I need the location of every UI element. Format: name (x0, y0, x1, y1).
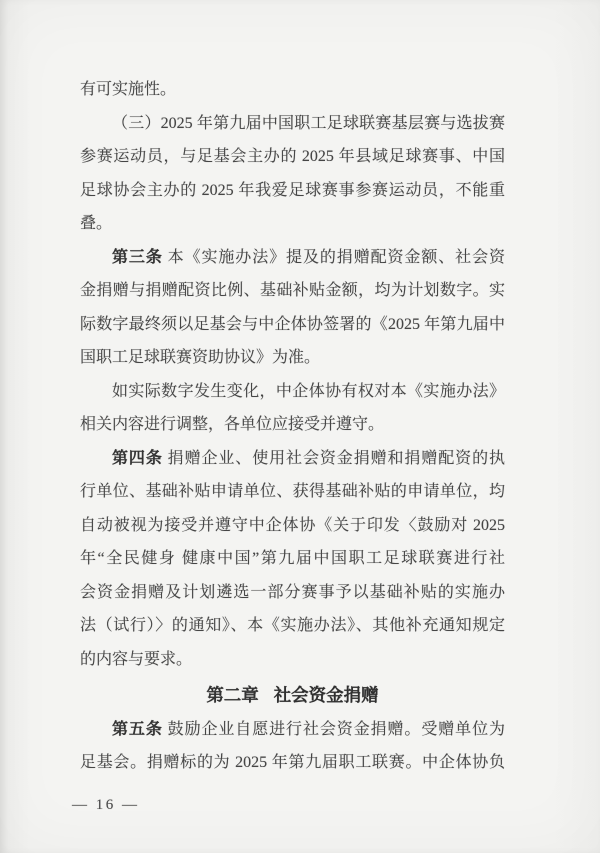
text-line: 法（试行）〉的通知》、本《实施办法》、其他补充通知规定 (80, 609, 505, 643)
line-text: 本《实施办法》提及的捐赠配资金额、社会资 (163, 249, 505, 266)
line-text: 捐赠企业、使用社会资金捐赠和捐赠配资的执 (163, 450, 505, 467)
text-line: 国职工足球联赛资助协议》为准。 (80, 341, 505, 375)
text-line: 相关内容进行调整，各单位应接受并遵守。 (80, 408, 505, 442)
line-text: 行单位、基础补贴申请单位、获得基础补贴的申请单位，均 (80, 483, 505, 500)
text-line: 自动被视为接受并遵守中企体协《关于印发〈鼓励对 2025 (80, 509, 505, 543)
text-line: 年“全民健身 健康中国”第九届中国职工足球联赛进行社 (80, 542, 505, 576)
text-line: 第五条 鼓励企业自愿进行社会资金捐赠。受赠单位为 (80, 713, 505, 747)
text-line: 会资金捐赠及计划遴选一部分赛事予以基础补贴的实施办 (80, 576, 505, 610)
text-line: 际数字最终须以足基会与中企体协签署的《2025 年第九届中 (80, 308, 505, 342)
line-text: 足球协会主办的 2025 年我爱足球赛事参赛运动员，不能重 (80, 182, 505, 199)
document-page: 有可实施性。（三）2025 年第九届中国职工足球联赛基层赛与选拔赛参赛运动员，与… (0, 0, 600, 853)
line-text: 际数字最终须以足基会与中企体协签署的《2025 年第九届中 (80, 316, 505, 333)
line-text: 叠。 (80, 215, 112, 232)
line-text: 的内容与要求。 (80, 651, 192, 668)
article-number: 第三条 (112, 249, 163, 266)
line-text: 自动被视为接受并遵守中企体协《关于印发〈鼓励对 2025 (80, 517, 505, 534)
line-text: 法（试行）〉的通知》、本《实施办法》、其他补充通知规定 (80, 617, 505, 634)
line-text: 社会资金捐赠 (274, 685, 379, 705)
text-line: 足基会。捐赠标的为 2025 年第九届职工联赛。中企体协负 (80, 746, 505, 780)
chapter-heading: 第二章社会资金捐赠 (80, 679, 505, 713)
text-line: 足球协会主办的 2025 年我爱足球赛事参赛运动员，不能重 (80, 174, 505, 208)
text-line: 如实际数字发生变化，中企体协有权对本《实施办法》 (80, 375, 505, 409)
line-text: 相关内容进行调整，各单位应接受并遵守。 (80, 416, 384, 433)
article-number: 第四条 (112, 450, 163, 467)
text-line: 的内容与要求。 (80, 643, 505, 677)
text-line: （三）2025 年第九届中国职工足球联赛基层赛与选拔赛 (80, 107, 505, 141)
line-text: 鼓励企业自愿进行社会资金捐赠。受赠单位为 (163, 721, 505, 738)
line-text: 足基会。捐赠标的为 2025 年第九届职工联赛。中企体协负 (80, 754, 505, 771)
line-text: 有可实施性。 (80, 81, 176, 98)
text-line: 参赛运动员，与足基会主办的 2025 年县域足球赛事、中国 (80, 140, 505, 174)
text-line: 金捐赠与捐赠配资比例、基础补贴金额，均为计划数字。实 (80, 274, 505, 308)
chapter-number: 第二章 (206, 685, 259, 705)
text-line: 叠。 (80, 207, 505, 241)
text-line: 有可实施性。 (80, 73, 505, 107)
line-text: 参赛运动员，与足基会主办的 2025 年县域足球赛事、中国 (80, 148, 505, 165)
line-text: 国职工足球联赛资助协议》为准。 (80, 349, 320, 366)
page-number: — 16 — (72, 797, 140, 814)
text-line: 第三条 本《实施办法》提及的捐赠配资金额、社会资 (80, 241, 505, 275)
line-text: 如实际数字发生变化，中企体协有权对本《实施办法》 (112, 383, 505, 400)
line-text: 金捐赠与捐赠配资比例、基础补贴金额，均为计划数字。实 (80, 282, 505, 299)
text-line: 行单位、基础补贴申请单位、获得基础补贴的申请单位，均 (80, 475, 505, 509)
line-text: 年“全民健身 健康中国”第九届中国职工足球联赛进行社 (80, 550, 505, 567)
line-text: （三）2025 年第九届中国职工足球联赛基层赛与选拔赛 (112, 115, 505, 132)
text-block: 有可实施性。（三）2025 年第九届中国职工足球联赛基层赛与选拔赛参赛运动员，与… (80, 73, 505, 780)
line-text: 会资金捐赠及计划遴选一部分赛事予以基础补贴的实施办 (80, 584, 505, 601)
text-line: 第四条 捐赠企业、使用社会资金捐赠和捐赠配资的执 (80, 442, 505, 476)
article-number: 第五条 (112, 721, 163, 738)
